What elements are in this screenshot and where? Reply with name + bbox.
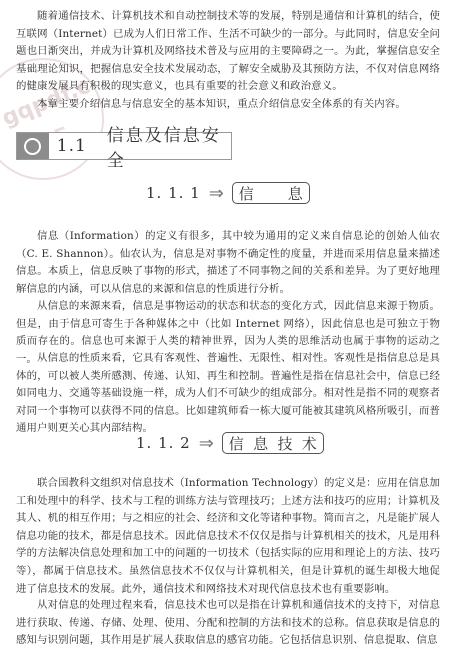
subsection-title-char: 息 [288,183,303,204]
subsection-number: 1. 1. 2 [136,434,191,452]
subsection-title-char: 信 [239,183,254,204]
subsection-heading-1-1-2: 1. 1. 2 ⇒ 信 息 技 术 [136,432,324,454]
subsection-title-box: 信 息 技 术 [222,432,324,454]
it-paragraph-2: 从对信息的处理过程来看，信息技术也可以是指在计算机和通信技术的支持下，对信息进行… [16,597,440,650]
double-arrow-right-icon: ⇒ [209,183,224,204]
it-paragraph-1: 联合国教科文组织对信息技术（Information Technology）的定义… [16,475,440,598]
double-arrow-right-icon: ⇒ [199,433,214,454]
section-number: 1.1 [57,136,87,156]
info-paragraph-1: 信息（Information）的定义有很多，其中较为通用的定义来自信息论的创始人… [16,228,440,298]
section-heading: 1.1 信息及信息安全 [16,132,232,160]
subsection-title-char: 息 [253,433,268,454]
document-page: gqpdf.c PDF 随着通信技术、计算机技术和自动控制技术等的发展，特别是通… [0,0,455,665]
subsection-title-char: 技 [277,433,292,454]
info-paragraph-3: 从信息的性质来看，它具有客观性、普遍性、无限性、相对性。客观性是指信息总是具体的… [16,350,440,438]
intro-paragraph-2: 本章主要介绍信息与信息安全的基本知识，重点介绍信息安全体系的有关内容。 [16,96,440,114]
circle-icon [17,133,49,159]
section-title: 信息及信息安全 [107,121,231,171]
subsection-title-char: 信 [229,433,244,454]
intro-paragraph-1: 随着通信技术、计算机技术和自动控制技术等的发展，特别是通信和计算机的结合，使互联… [16,8,440,96]
subsection-number: 1. 1. 1 [146,184,201,202]
subsection-heading-1-1-1: 1. 1. 1 ⇒ 信 息 [146,182,310,204]
subsection-title-box: 信 息 [232,182,310,204]
subsection-title-char: 术 [302,433,317,454]
